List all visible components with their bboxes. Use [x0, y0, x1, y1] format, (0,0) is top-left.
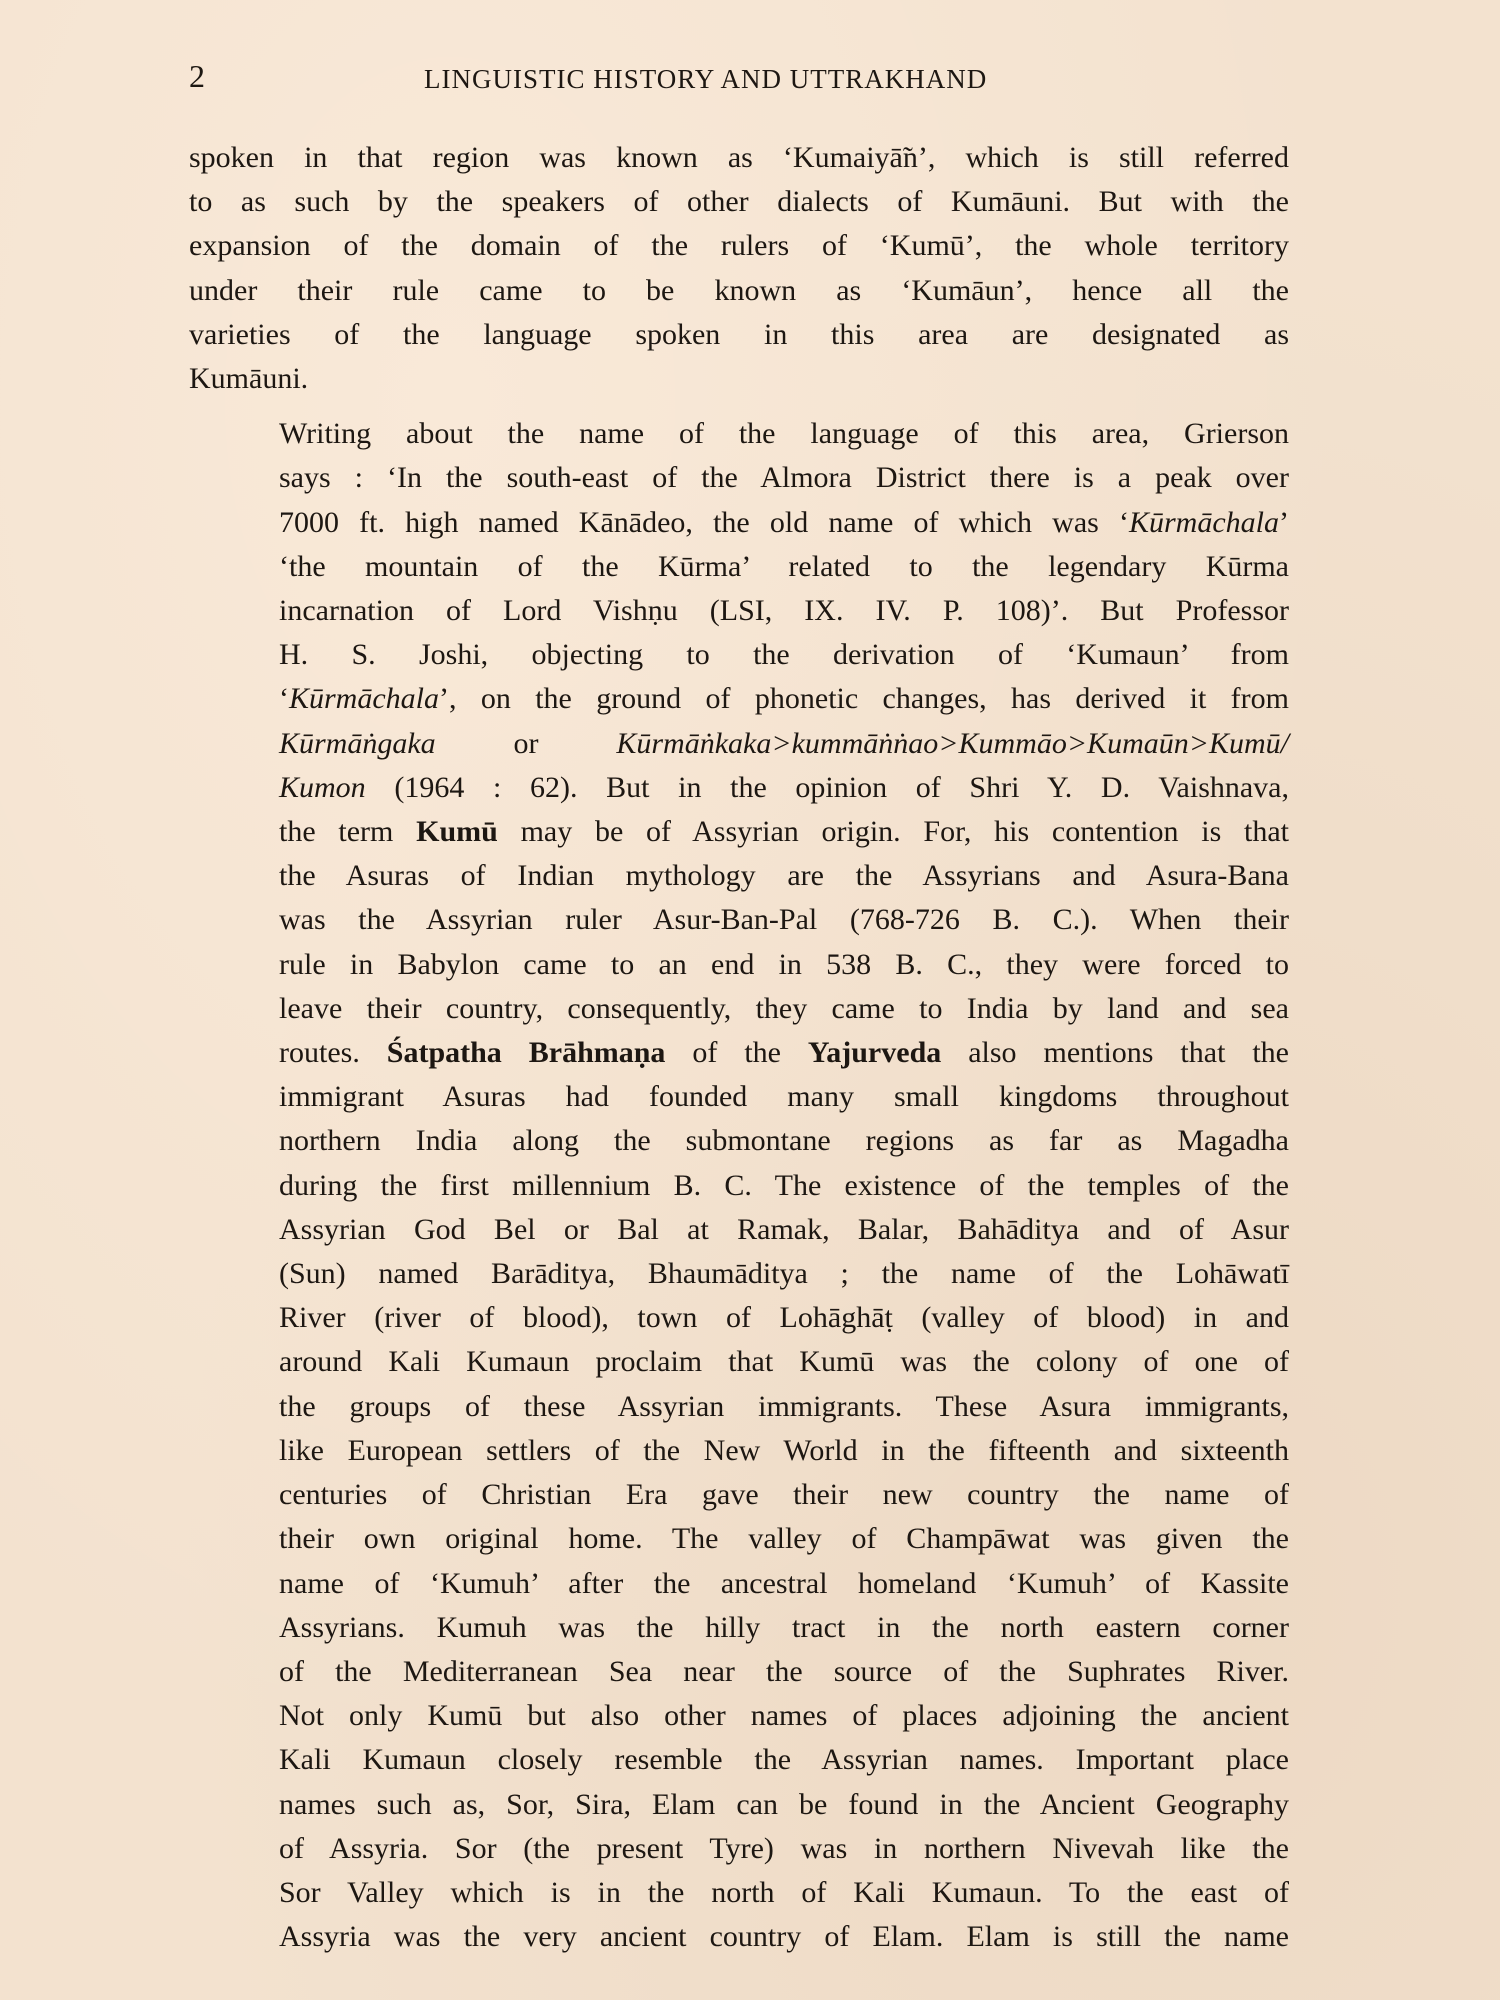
body-text: spoken in that region was known as ‘Kuma…	[189, 136, 1289, 1959]
text-line: incarnation of Lord Vishṇu (LSI, IX. IV.…	[189, 589, 1289, 633]
text-line: expansion of the domain of the rulers of…	[189, 224, 1289, 268]
text-line: the groups of these Assyrian immigrants.…	[189, 1385, 1289, 1429]
text-line: says : ‘In the south-east of the Almora …	[189, 456, 1289, 500]
text-line: Assyrians. Kumuh was the hilly tract in …	[189, 1606, 1289, 1650]
text-line: around Kali Kumaun proclaim that Kumū wa…	[189, 1340, 1289, 1384]
text-line: spoken in that region was known as ‘Kuma…	[189, 136, 1289, 180]
text-line: Kumāuni.	[189, 357, 1289, 401]
text-line: immigrant Asuras had founded many small …	[189, 1075, 1289, 1119]
page-number: 2	[189, 58, 206, 95]
text-line: like European settlers of the New World …	[189, 1429, 1289, 1473]
running-header: 2 LINGUISTIC HISTORY AND UTTRAKHAND	[189, 58, 1289, 98]
paragraph-2: Writing about the name of the language o…	[189, 412, 1289, 1959]
text-line: Sor Valley which is in the north of Kali…	[189, 1871, 1289, 1915]
text-line: leave their country, consequently, they …	[189, 987, 1289, 1031]
text-line: River (river of blood), town of Lohāghāṭ…	[189, 1296, 1289, 1340]
italic-term: Kumon	[279, 771, 366, 804]
text-line: 7000 ft. high named Kānādeo, the old nam…	[189, 501, 1289, 545]
bold-term: Kumū	[416, 815, 498, 848]
bold-term: Yajurveda	[808, 1036, 941, 1069]
running-title: LINGUISTIC HISTORY AND UTTRAKHAND	[424, 64, 987, 95]
text-line: Kali Kumaun closely resemble the Assyria…	[189, 1738, 1289, 1782]
text-line: H. S. Joshi, objecting to the derivation…	[189, 633, 1289, 677]
text-line: centuries of Christian Era gave their ne…	[189, 1473, 1289, 1517]
text-line: Kūrmāṅgaka or Kūrmāṅkaka>kummāṅṅao>Kummā…	[189, 722, 1289, 766]
text-line: the Asuras of Indian mythology are the A…	[189, 854, 1289, 898]
italic-term: Kūrmāchala	[1129, 506, 1279, 539]
italic-term: Kūrmāṅgaka	[279, 727, 436, 760]
text-line: names such as, Sor, Sira, Elam can be fo…	[189, 1783, 1289, 1827]
text-line: Writing about the name of the language o…	[189, 412, 1289, 456]
text-line: Not only Kumū but also other names of pl…	[189, 1694, 1289, 1738]
text-line: (Sun) named Barāditya, Bhaumāditya ; the…	[189, 1252, 1289, 1296]
text-line: Kumon (1964 : 62). But in the opinion of…	[189, 766, 1289, 810]
italic-term: Kūrmāṅkaka>kummāṅṅao>Kummāo>Kumaūn>Kumū/	[616, 727, 1289, 760]
text-line: the term Kumū may be of Assyrian origin.…	[189, 810, 1289, 854]
text-line: name of ‘Kumuh’ after the ancestral home…	[189, 1562, 1289, 1606]
text-line: of Assyria. Sor (the present Tyre) was i…	[189, 1827, 1289, 1871]
text-line: varieties of the language spoken in this…	[189, 313, 1289, 357]
text-line: was the Assyrian ruler Asur-Ban-Pal (768…	[189, 898, 1289, 942]
text-line: Assyria was the very ancient country of …	[189, 1915, 1289, 1959]
text-line: rule in Babylon came to an end in 538 B.…	[189, 943, 1289, 987]
paragraph-1: spoken in that region was known as ‘Kuma…	[189, 136, 1289, 401]
text-line: during the first millennium B. C. The ex…	[189, 1164, 1289, 1208]
text-line: to as such by the speakers of other dial…	[189, 180, 1289, 224]
text-line: ‘the mountain of the Kūrma’ related to t…	[189, 545, 1289, 589]
text-line: ‘Kūrmāchala’, on the ground of phonetic …	[189, 677, 1289, 721]
italic-term: Kūrmāchala	[289, 682, 439, 715]
text-line: their own original home. The valley of C…	[189, 1517, 1289, 1561]
text-line: northern India along the submontane regi…	[189, 1119, 1289, 1163]
text-line: routes. Śatpatha Brāhmaṇa of the Yajurve…	[189, 1031, 1289, 1075]
text-line: of the Mediterranean Sea near the source…	[189, 1650, 1289, 1694]
bold-term: Śatpatha Brāhmaṇa	[387, 1036, 666, 1069]
text-line: under their rule came to be known as ‘Ku…	[189, 269, 1289, 313]
book-page: 2 LINGUISTIC HISTORY AND UTTRAKHAND spok…	[189, 58, 1289, 1970]
text-line: Assyrian God Bel or Bal at Ramak, Balar,…	[189, 1208, 1289, 1252]
